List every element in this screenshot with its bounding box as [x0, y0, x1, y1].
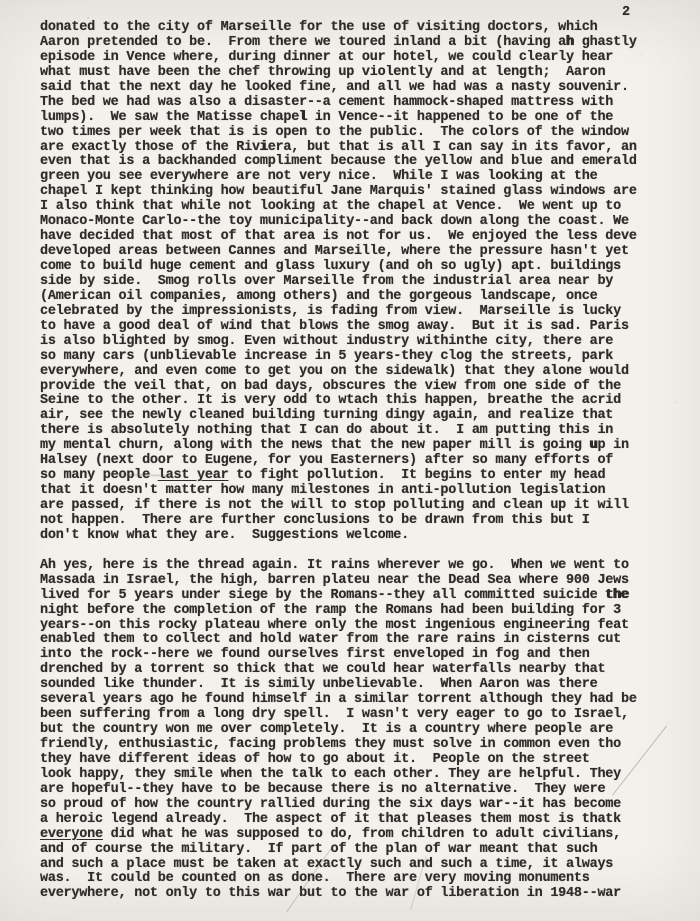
text-line: a heroic legend already. The aspect of i…	[40, 813, 680, 828]
text-line: chapel I kept thinking how beautiful Jan…	[40, 185, 680, 200]
text-line: look happy, they smile when the talk to …	[40, 768, 680, 783]
text-line: into the rock--here we found ourselves f…	[40, 648, 680, 663]
text-line: developed areas between Cannes and Marse…	[40, 245, 680, 260]
text-line: everyone did what he was supposed to do,…	[40, 828, 680, 843]
text-line: episode in Vence where, during dinner at…	[40, 51, 680, 66]
text-line: two times per week that is is open to th…	[40, 126, 680, 141]
text-line: so many people last year to fight pollut…	[40, 469, 680, 484]
text-line: night before the completion of the ramp …	[40, 604, 680, 619]
text-line: celebrated by the impressionists, is fad…	[40, 305, 680, 320]
text-line: so many cars (unblievable increase in 5 …	[40, 350, 680, 365]
text-line: lived for 5 years under siege by the Rom…	[40, 589, 680, 604]
underlined-text: everyone	[40, 827, 103, 842]
text-line: Monaco-Monte Carlo--the toy municipality…	[40, 215, 680, 230]
text-line: are hopeful--they have to be because the…	[40, 783, 680, 798]
text-line: was. It could be counted on as done. The…	[40, 872, 680, 887]
text-line: don't know what they are. Suggestions we…	[40, 529, 680, 544]
underlined-text: last year	[158, 468, 229, 483]
overstruck-text: i	[260, 140, 268, 155]
text-line: friendly, enthusiastic, facing problems …	[40, 738, 680, 753]
text-line: Massada in Israel, the high, barren plat…	[40, 574, 680, 589]
overstruck-text: u	[590, 438, 598, 453]
letter-body: donated to the city of Marseille for the…	[40, 21, 680, 902]
text-line: come to build huge cement and glass luxu…	[40, 260, 680, 275]
text-line: my mental churn, along with the news tha…	[40, 439, 680, 454]
overstruck-text: the	[605, 588, 629, 603]
text-line: Halsey (next door to Eugene, for you Eas…	[40, 454, 680, 469]
page-number: 2	[622, 5, 630, 20]
text-line: Ah yes, here is the thread again. It rai…	[40, 559, 680, 574]
text-line: is also blighted by smog. Even without i…	[40, 335, 680, 350]
overstruck-text: h	[566, 35, 574, 50]
text-line: not happen. There are further conclusion…	[40, 514, 680, 529]
text-line: sounded like thunder. It is simily unbel…	[40, 678, 680, 693]
text-line: they have different ideas of how to go a…	[40, 753, 680, 768]
text-line: and such a place must be taken at exactl…	[40, 858, 680, 873]
text-line: are exactly those of the Riviera, but th…	[40, 141, 680, 156]
text-line: everywhere, not only to this war but to …	[40, 887, 680, 902]
text-line: drenched by a torrent so thick that we c…	[40, 663, 680, 678]
text-line: and of course the military. If part of t…	[40, 843, 680, 858]
text-line: said that the next day he looked fine, a…	[40, 81, 680, 96]
text-line: even that is a backhanded compliment bec…	[40, 155, 680, 170]
text-line: what must have been the chef throwing up…	[40, 66, 680, 81]
text-line: Seine to the other. It is very odd to wt…	[40, 394, 680, 409]
text-line: been suffering from a long dry spell. I …	[40, 708, 680, 723]
text-line: The bed we had was also a disaster--a ce…	[40, 96, 680, 111]
text-line: provide the veil that, on bad days, obsc…	[40, 380, 680, 395]
text-line: to have a good deal of wind that blows t…	[40, 320, 680, 335]
text-line: that it doesn't matter how many mileston…	[40, 484, 680, 499]
text-line: lumps). We saw the Matisse chapel in Ven…	[40, 111, 680, 126]
text-line: side by side. Smog rolls over Marseille …	[40, 275, 680, 290]
paragraph: donated to the city of Marseille for the…	[40, 21, 680, 544]
text-line: so proud of how the country rallied duri…	[40, 798, 680, 813]
text-line: several years ago he found himself in a …	[40, 693, 680, 708]
text-line: have decided that most of that area is n…	[40, 230, 680, 245]
letter-page: 2 donated to the city of Marseille for t…	[0, 0, 700, 921]
text-line: I also think that while not looking at t…	[40, 200, 680, 215]
text-line: (American oil companies, among others) a…	[40, 290, 680, 305]
overstruck-text: l	[299, 110, 307, 125]
text-line: Aaron pretended to be. From there we tou…	[40, 36, 680, 51]
text-line: green you see everywhere are not very ni…	[40, 170, 680, 185]
text-line: are passed, if there is not the will to …	[40, 499, 680, 514]
text-line: there is absolutely nothing that I can d…	[40, 424, 680, 439]
text-line: years--on this rocky plateau where only …	[40, 619, 680, 634]
text-line: enabled them to collect and hold water f…	[40, 633, 680, 648]
paragraph: Ah yes, here is the thread again. It rai…	[40, 559, 680, 903]
text-line: everywhere, and even come to get you on …	[40, 365, 680, 380]
text-line: air, see the newly cleaned building turn…	[40, 409, 680, 424]
text-line: but the country won me over completely. …	[40, 723, 680, 738]
text-line: donated to the city of Marseille for the…	[40, 21, 680, 36]
